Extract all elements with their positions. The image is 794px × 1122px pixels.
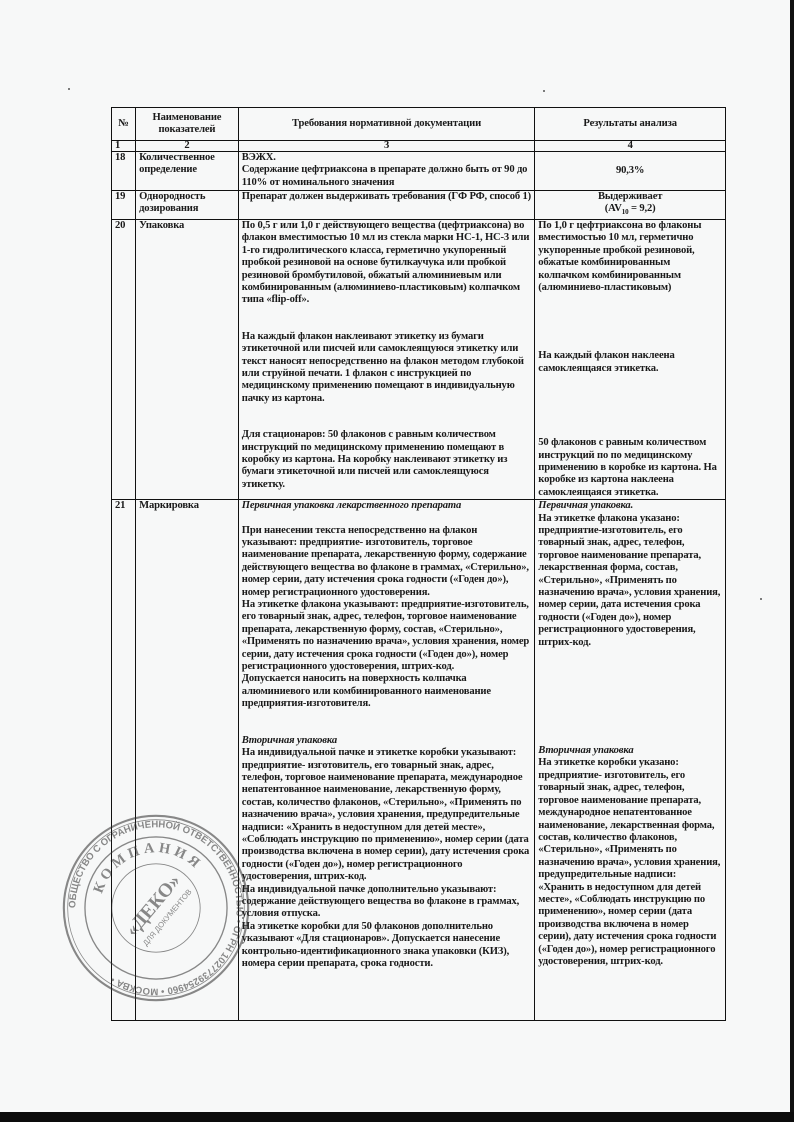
column-number: 3 — [238, 141, 535, 152]
header-results: Результаты анализа — [535, 108, 726, 141]
result-verdict: Выдерживает — [538, 191, 722, 203]
scan-edge-right — [790, 0, 794, 1122]
column-number: 4 — [535, 141, 726, 152]
result-value-suffix: = 9,2) — [628, 203, 655, 214]
requirement-text: На индивидуальной пачке дополнительно ук… — [242, 884, 532, 921]
row-requirement: Препарат должен выдерживать требования (… — [238, 191, 535, 220]
table-row: 20 Упаковка По 0,5 г или 1,0 г действующ… — [112, 219, 726, 499]
table-row: 19 Однородность дозирования Препарат дол… — [112, 191, 726, 220]
table-header-row: № Наименование показателей Требования но… — [112, 108, 726, 141]
row-number: 18 — [112, 152, 136, 191]
requirement-text: По 0,5 г или 1,0 г действующего вещества… — [242, 220, 532, 307]
requirement-text: Допускается наносить на поверхность колп… — [242, 673, 532, 710]
result-value-prefix: (AV — [605, 203, 622, 214]
requirement-subheading: Первичная упаковка лекарственного препар… — [242, 500, 532, 512]
header-indicator-name: Наименование показателей — [136, 108, 239, 141]
analysis-table: № Наименование показателей Требования но… — [111, 107, 726, 1021]
row-result: Выдерживает (AV10 = 9,2) — [535, 191, 726, 220]
row-number: 21 — [112, 500, 136, 1021]
row-number: 19 — [112, 191, 136, 220]
result-subheading: Вторичная упаковка — [538, 745, 722, 757]
row-indicator-name: Упаковка — [136, 219, 239, 499]
result-text: На этикетке коробки указано: предприятие… — [538, 757, 722, 968]
column-number: 1 — [112, 141, 136, 152]
scan-speck — [543, 90, 545, 92]
row-result: 90,3% — [535, 152, 726, 191]
row-indicator-name: Однородность дозирования — [136, 191, 239, 220]
requirement-text: На этикетке коробки для 50 флаконов допо… — [242, 921, 532, 971]
requirement-text: Препарат должен выдерживать требования (… — [242, 191, 532, 203]
scan-speck — [760, 598, 762, 600]
result-value: (AV10 = 9,2) — [538, 203, 722, 219]
requirement-text: ВЭЖХ. — [242, 152, 532, 164]
header-number: № — [112, 108, 136, 141]
column-number: 2 — [136, 141, 239, 152]
row-indicator-name: Маркировка — [136, 500, 239, 1021]
column-number-row: 1 2 3 4 — [112, 141, 726, 152]
header-requirements: Требования нормативной документации — [238, 108, 535, 141]
row-number: 20 — [112, 219, 136, 499]
requirement-text: На каждый флакон наклеивают этикетку из … — [242, 331, 532, 405]
row-requirement: ВЭЖХ. Содержание цефтриаксона в препарат… — [238, 152, 535, 191]
result-text: На каждый флакон наклеена самоклеящаяся … — [538, 350, 722, 375]
result-text: По 1,0 г цефтриаксона во флаконы вместим… — [538, 220, 722, 294]
requirement-text: Содержание цефтриаксона в препарате долж… — [242, 164, 532, 189]
row-requirement: Первичная упаковка лекарственного препар… — [238, 500, 535, 1021]
result-subheading: Первичная упаковка. — [538, 500, 722, 512]
scan-speck — [68, 88, 70, 90]
requirement-text: На индивидуальной пачке и этикетке короб… — [242, 747, 532, 883]
requirement-subheading: Вторичная упаковка — [242, 735, 532, 747]
requirement-text: На этикетке флакона указывают: предприят… — [242, 599, 532, 673]
requirement-text: Для стационаров: 50 флаконов с равным ко… — [242, 429, 532, 491]
table-row: 21 Маркировка Первичная упаковка лекарст… — [112, 500, 726, 1021]
scan-edge-bottom — [0, 1112, 794, 1122]
row-result: Первичная упаковка. На этикетке флакона … — [535, 500, 726, 1021]
result-text: 50 флаконов с равным количеством инструк… — [538, 437, 722, 499]
row-result: По 1,0 г цефтриаксона во флаконы вместим… — [535, 219, 726, 499]
table-row: 18 Количественное определение ВЭЖХ. Соде… — [112, 152, 726, 191]
row-indicator-name: Количественное определение — [136, 152, 239, 191]
result-text: На этикетке флакона указано: предприятие… — [538, 513, 722, 649]
requirement-text: При нанесении текста непосредственно на … — [242, 525, 532, 599]
row-requirement: По 0,5 г или 1,0 г действующего вещества… — [238, 219, 535, 499]
